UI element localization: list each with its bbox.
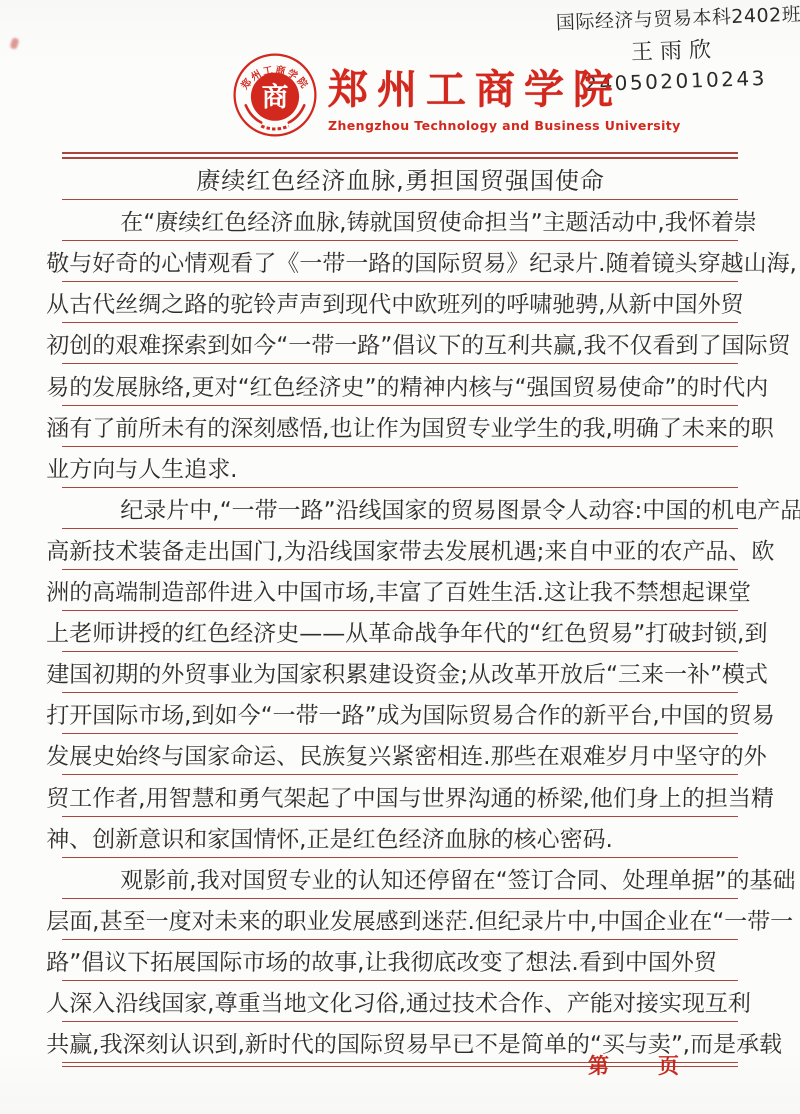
ruled-sheet: 赓续红色经济血脉,勇担国贸强国使命 在“赓续红色经济血脉,铸就国贸使命担当”主题…	[62, 152, 738, 1067]
essay-line: 上老师讲授的红色经济史——从革命战争年代的“红色贸易”打破封锁,到	[62, 611, 738, 652]
essay-line: 打开国际市场,到如今“一带一路”成为国际贸易合作的新平台,中国的贸易	[62, 693, 738, 734]
essay-line: 层面,甚至一度对未来的职业发展感到迷茫.但纪录片中,中国企业在“一带一	[62, 899, 738, 940]
essay-line: 敬与好奇的心情观看了《一带一路的国际贸易》纪录片.随着镜头穿越山海,	[62, 241, 738, 282]
university-name-en: Zhengzhou Technology and Business Univer…	[328, 118, 681, 133]
essay-line: 纪录片中,“一带一路”沿线国家的贸易图景令人动容:中国的机电产品、	[62, 488, 738, 529]
page-footer: 第 页	[588, 1050, 680, 1080]
essay-line: 贸工作者,用智慧和勇气架起了中国与世界沟通的桥梁,他们身上的担当精	[62, 775, 738, 816]
page-suffix-label: 页	[658, 1050, 680, 1080]
essay-title: 赓续红色经济血脉,勇担国贸强国使命	[196, 161, 605, 199]
red-smudge-artifact	[9, 37, 19, 50]
essay-line: 业方向与人生追求.	[62, 447, 738, 488]
essay-line: 高新技术装备走出国门,为沿线国家带去发展机遇;来自中亚的农产品、欧	[62, 529, 738, 570]
essay-line: 初创的艰难探索到如今“一带一路”倡议下的互利共赢,我不仅看到了国际贸	[62, 323, 738, 364]
page-number-blank	[610, 1050, 658, 1080]
class-label: 国际经济与贸易本科2402班	[556, 4, 792, 36]
essay-line: 建国初期的外贸事业为国家积累建设资金;从改革开放后“三来一补”模式	[62, 652, 738, 693]
page-prefix-label: 第	[588, 1050, 610, 1080]
university-names: 郑州工商学院 Zhengzhou Technology and Business…	[328, 58, 681, 133]
essay-line: 从古代丝绸之路的驼铃声声到现代中欧班列的呼啸驰骋,从新中国外贸	[62, 282, 738, 323]
essay-line: 发展史始终与国家命运、民族复兴紧密相连.那些在艰难岁月中坚守的外	[62, 734, 738, 775]
seal-center-glyph: 商	[262, 82, 289, 113]
essay-line: 洲的高端制造部件进入中国市场,丰富了百姓生活.这让我不禁想起课堂	[62, 570, 738, 611]
essay-line: 易的发展脉络,更对“红色经济史”的精神内核与“强国贸易使命”的时代内	[62, 364, 738, 405]
essay-title-row: 赓续红色经济血脉,勇担国贸强国使命	[62, 159, 738, 200]
essay-line: 人深入沿线国家,尊重当地文化习俗,通过技术合作、产能对接实现互利	[62, 981, 738, 1022]
university-name-cn: 郑州工商学院	[328, 58, 681, 115]
scanned-essay-page: 国际经济与贸易本科2402班 王雨欣 240502010243 郑州工商学院 商…	[0, 0, 800, 1114]
essay-line: 在“赓续红色经济血脉,铸就国贸使命担当”主题活动中,我怀着崇	[62, 200, 738, 241]
essay-line: 路”倡议下拓展国际市场的故事,让我彻底改变了想法.看到中国外贸	[62, 940, 738, 981]
essay-line: 神、创新意识和家国情怀,正是红色经济血脉的核心密码.	[62, 817, 738, 858]
letterhead: 郑州工商学院 商 郑州工商学院 Zhengzhou Technology and…	[232, 52, 681, 138]
essay-line: 观影前,我对国贸专业的认知还停留在“签订合同、处理单据”的基础	[62, 858, 738, 899]
university-seal-icon: 郑州工商学院 商	[232, 52, 318, 138]
essay-line: 涵有了前所未有的深刻感悟,也让作为国贸专业学生的我,明确了未来的职	[62, 406, 738, 447]
top-double-rule	[62, 152, 738, 159]
